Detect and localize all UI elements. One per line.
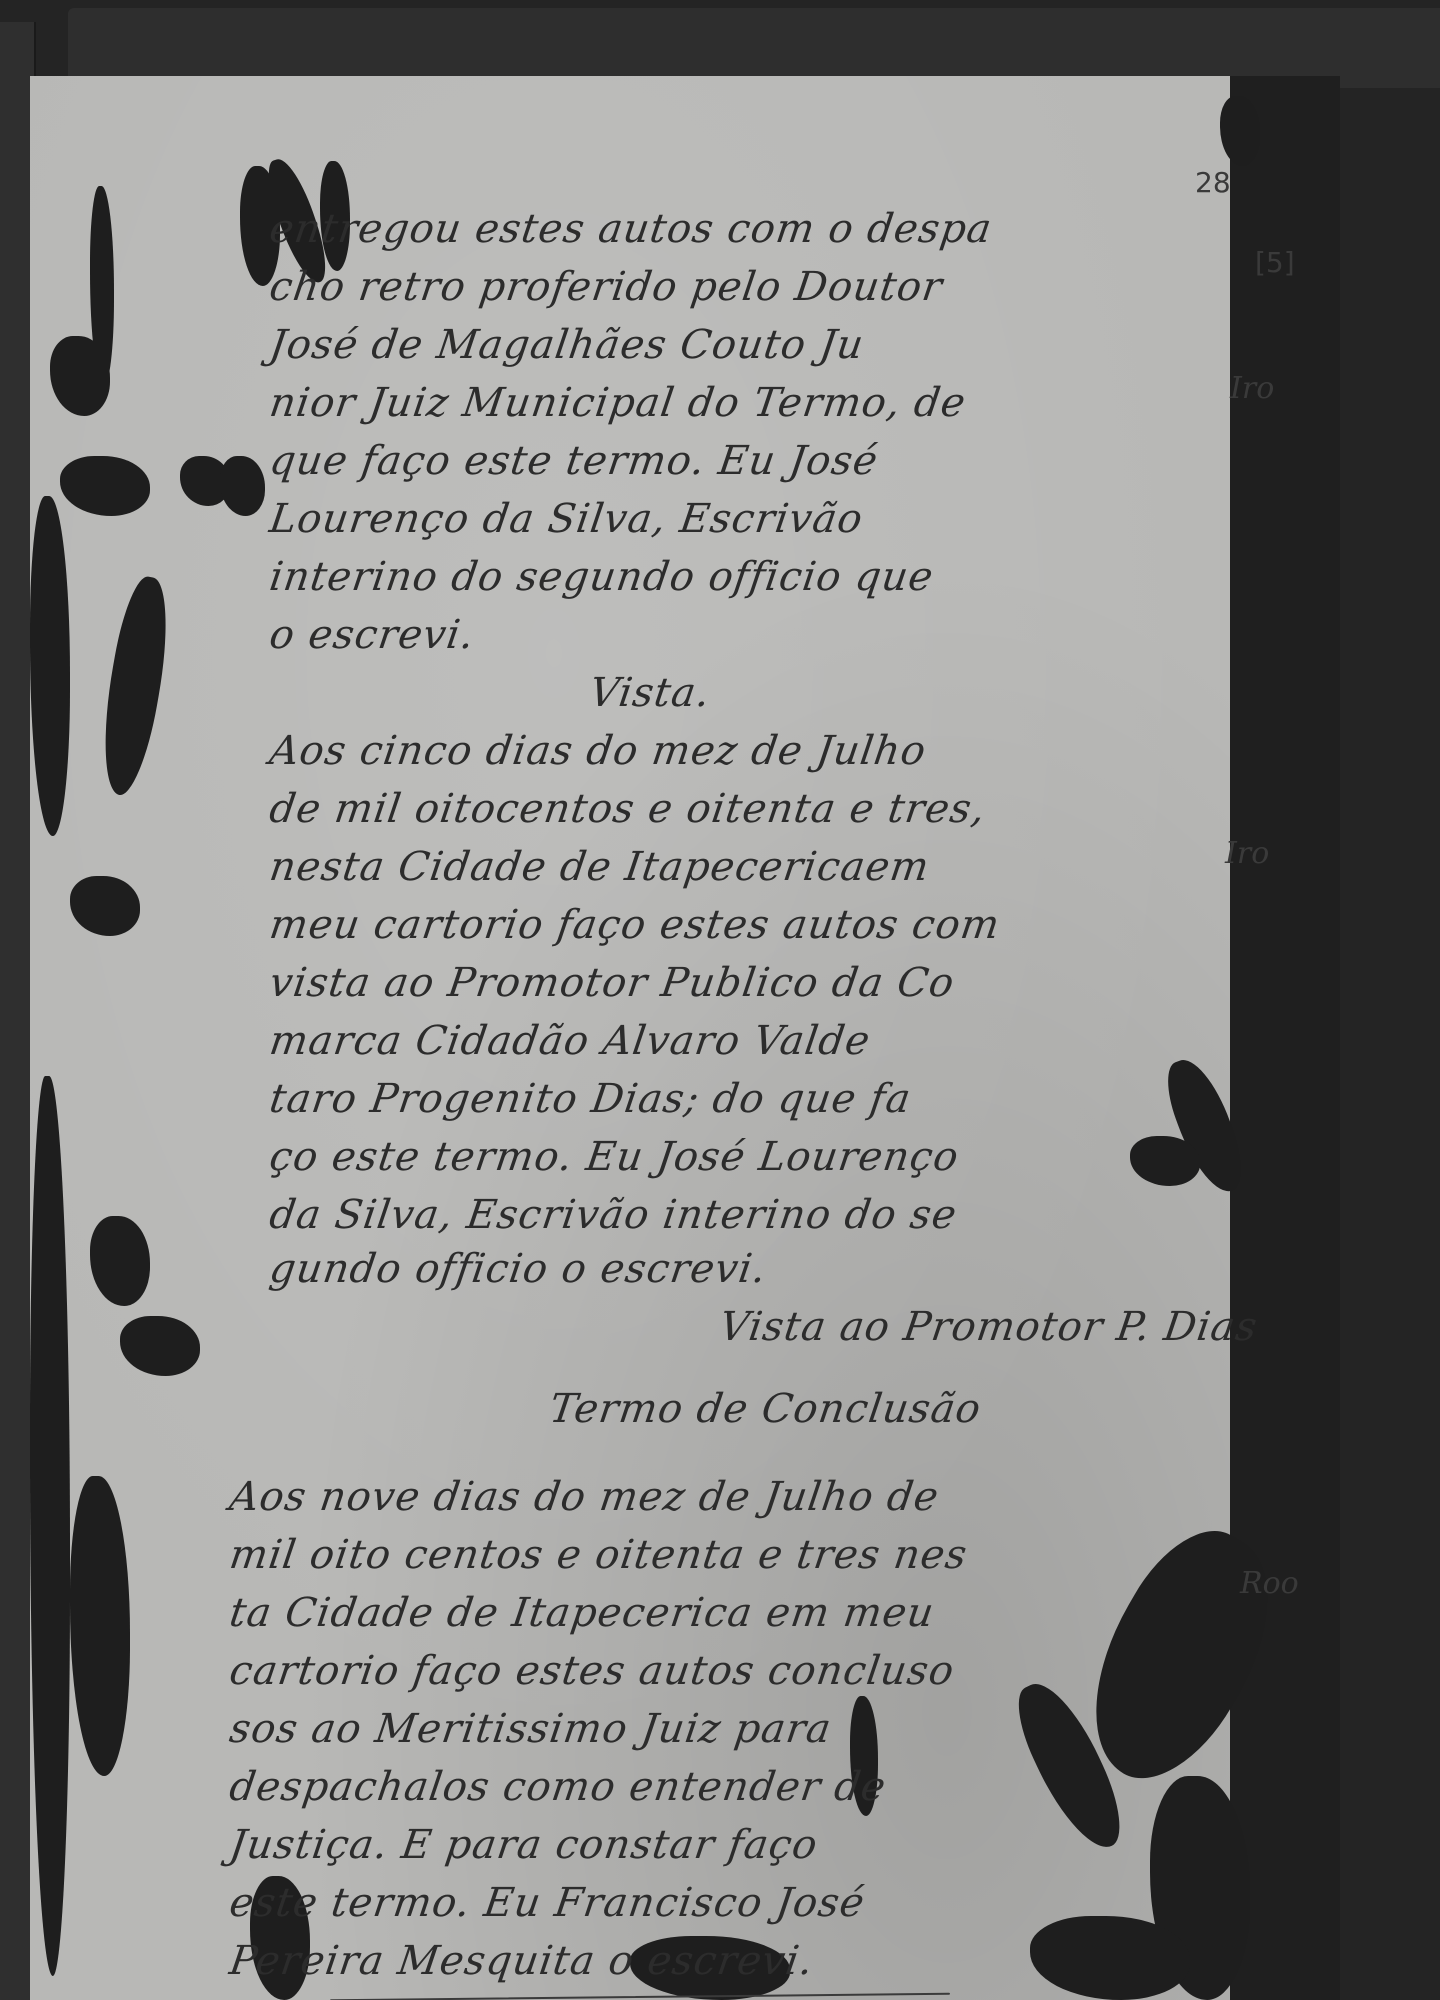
text-line: nesta Cidade de Itapecericaem	[267, 844, 933, 890]
damage-hole	[70, 876, 140, 936]
margin-note: Iro	[1225, 836, 1269, 871]
damage-hole	[70, 1476, 130, 1776]
margin-note: Iro	[1230, 371, 1274, 406]
text-line: da Silva, Escrivão interino do se	[267, 1192, 960, 1238]
archive-page-number: [5]	[1255, 246, 1295, 279]
damage-hole	[60, 456, 150, 516]
damage-hole	[1130, 1136, 1200, 1186]
text-line: José de Magalhães Couto Ju	[267, 322, 867, 368]
folio-number: 28	[1195, 166, 1231, 199]
margin-note: Roo	[1240, 1566, 1299, 1601]
damage-hole	[30, 1076, 70, 1976]
torn-right-edge	[1230, 76, 1340, 2000]
damage-hole	[1220, 96, 1260, 166]
text-line: meu cartorio faço estes autos com	[267, 902, 1003, 948]
text-line: entregou estes autos com o despa	[267, 206, 995, 252]
text-line: que faço este termo. Eu José	[267, 438, 881, 484]
text-line: de mil oitocentos e oitenta e tres,	[267, 786, 989, 832]
damage-hole	[91, 573, 178, 798]
text-line: taro Progenito Dias; do que fa	[267, 1076, 914, 1122]
text-line: marca Cidadão Alvaro Valde	[267, 1018, 874, 1064]
text-line: Justiça. E para constar faço	[227, 1822, 821, 1868]
text-line: sos ao Meritissimo Juiz para	[227, 1706, 835, 1752]
text-line: Aos nove dias do mez de Julho de	[227, 1474, 942, 1520]
damage-hole	[90, 1216, 150, 1306]
text-line: gundo officio o escrevi.	[267, 1246, 770, 1292]
damage-hole	[220, 456, 265, 516]
text-line: cho retro proferido pelo Doutor	[267, 264, 946, 310]
manuscript-page: 28 [5] Iro Iro Roo entregou estes autos …	[30, 76, 1340, 2000]
text-line: este termo. Eu Francisco José	[227, 1880, 868, 1926]
section-heading-vista: Vista.	[587, 670, 714, 716]
damage-hole	[30, 496, 70, 836]
closing-flourish	[330, 1993, 950, 2000]
damage-hole	[50, 336, 110, 416]
text-line: cartorio faço estes autos concluso	[227, 1648, 958, 1694]
text-line: Lourenço da Silva, Escrivão	[267, 496, 866, 542]
text-line: ço este termo. Eu José Lourenço	[267, 1134, 962, 1180]
text-line: nior Juiz Municipal do Termo, de	[267, 380, 969, 426]
text-line: ta Cidade de Itapecerica em meu	[227, 1590, 938, 1636]
text-line: Pereira Mesquita o escrevi.	[227, 1938, 817, 1984]
text-line: o escrevi.	[267, 612, 478, 658]
damage-hole	[1030, 1916, 1190, 2000]
damage-hole	[120, 1316, 200, 1376]
signature-line: Vista ao Promotor P. Dias	[717, 1304, 1261, 1350]
text-line: Aos cinco dias do mez de Julho	[267, 728, 930, 774]
text-line: vista ao Promotor Publico da Co	[267, 960, 958, 1006]
text-line: mil oito centos e oitenta e tres nes	[227, 1532, 971, 1578]
text-line: despachalos como entender de	[227, 1764, 889, 1810]
text-line: interino do segundo officio que	[267, 554, 937, 600]
section-heading-termo: Termo de Conclusão	[547, 1386, 984, 1432]
